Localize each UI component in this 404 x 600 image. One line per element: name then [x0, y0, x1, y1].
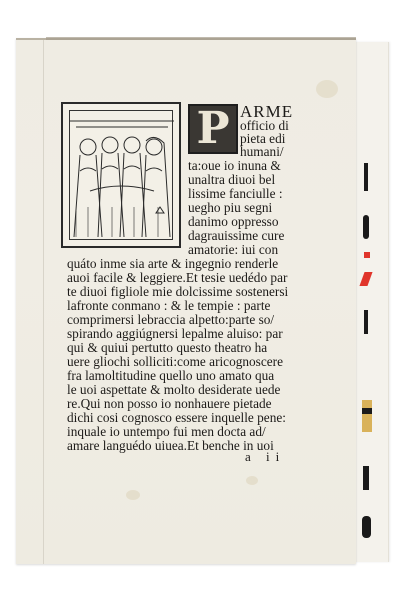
ink-mark [362, 408, 372, 414]
gold-mark [362, 400, 372, 432]
signature-mark: a ii [245, 449, 285, 465]
book: P ARME officio di pieta edi humani/ ta:o… [16, 38, 372, 563]
woodcut-illustration [61, 102, 181, 248]
red-mark [364, 252, 370, 258]
margin-marks [356, 38, 372, 562]
ink-mark [364, 163, 368, 191]
four-women-illustration [70, 111, 174, 241]
dropcap-letter: P [196, 103, 229, 154]
page: P ARME officio di pieta edi humani/ ta:o… [16, 38, 356, 564]
stain [126, 490, 140, 500]
fold-line [43, 40, 44, 564]
stain [316, 80, 338, 98]
ink-mark [363, 466, 369, 490]
text-line: amare languédo uiuea.Et benche in uoi [67, 438, 274, 454]
red-mark [359, 272, 372, 286]
ink-mark [362, 516, 371, 538]
ink-mark [363, 215, 369, 239]
woodcut-frame [69, 110, 173, 240]
page-top-edge [46, 37, 356, 40]
ink-mark [364, 310, 368, 334]
historiated-initial: P [188, 104, 238, 154]
stain [246, 476, 258, 485]
